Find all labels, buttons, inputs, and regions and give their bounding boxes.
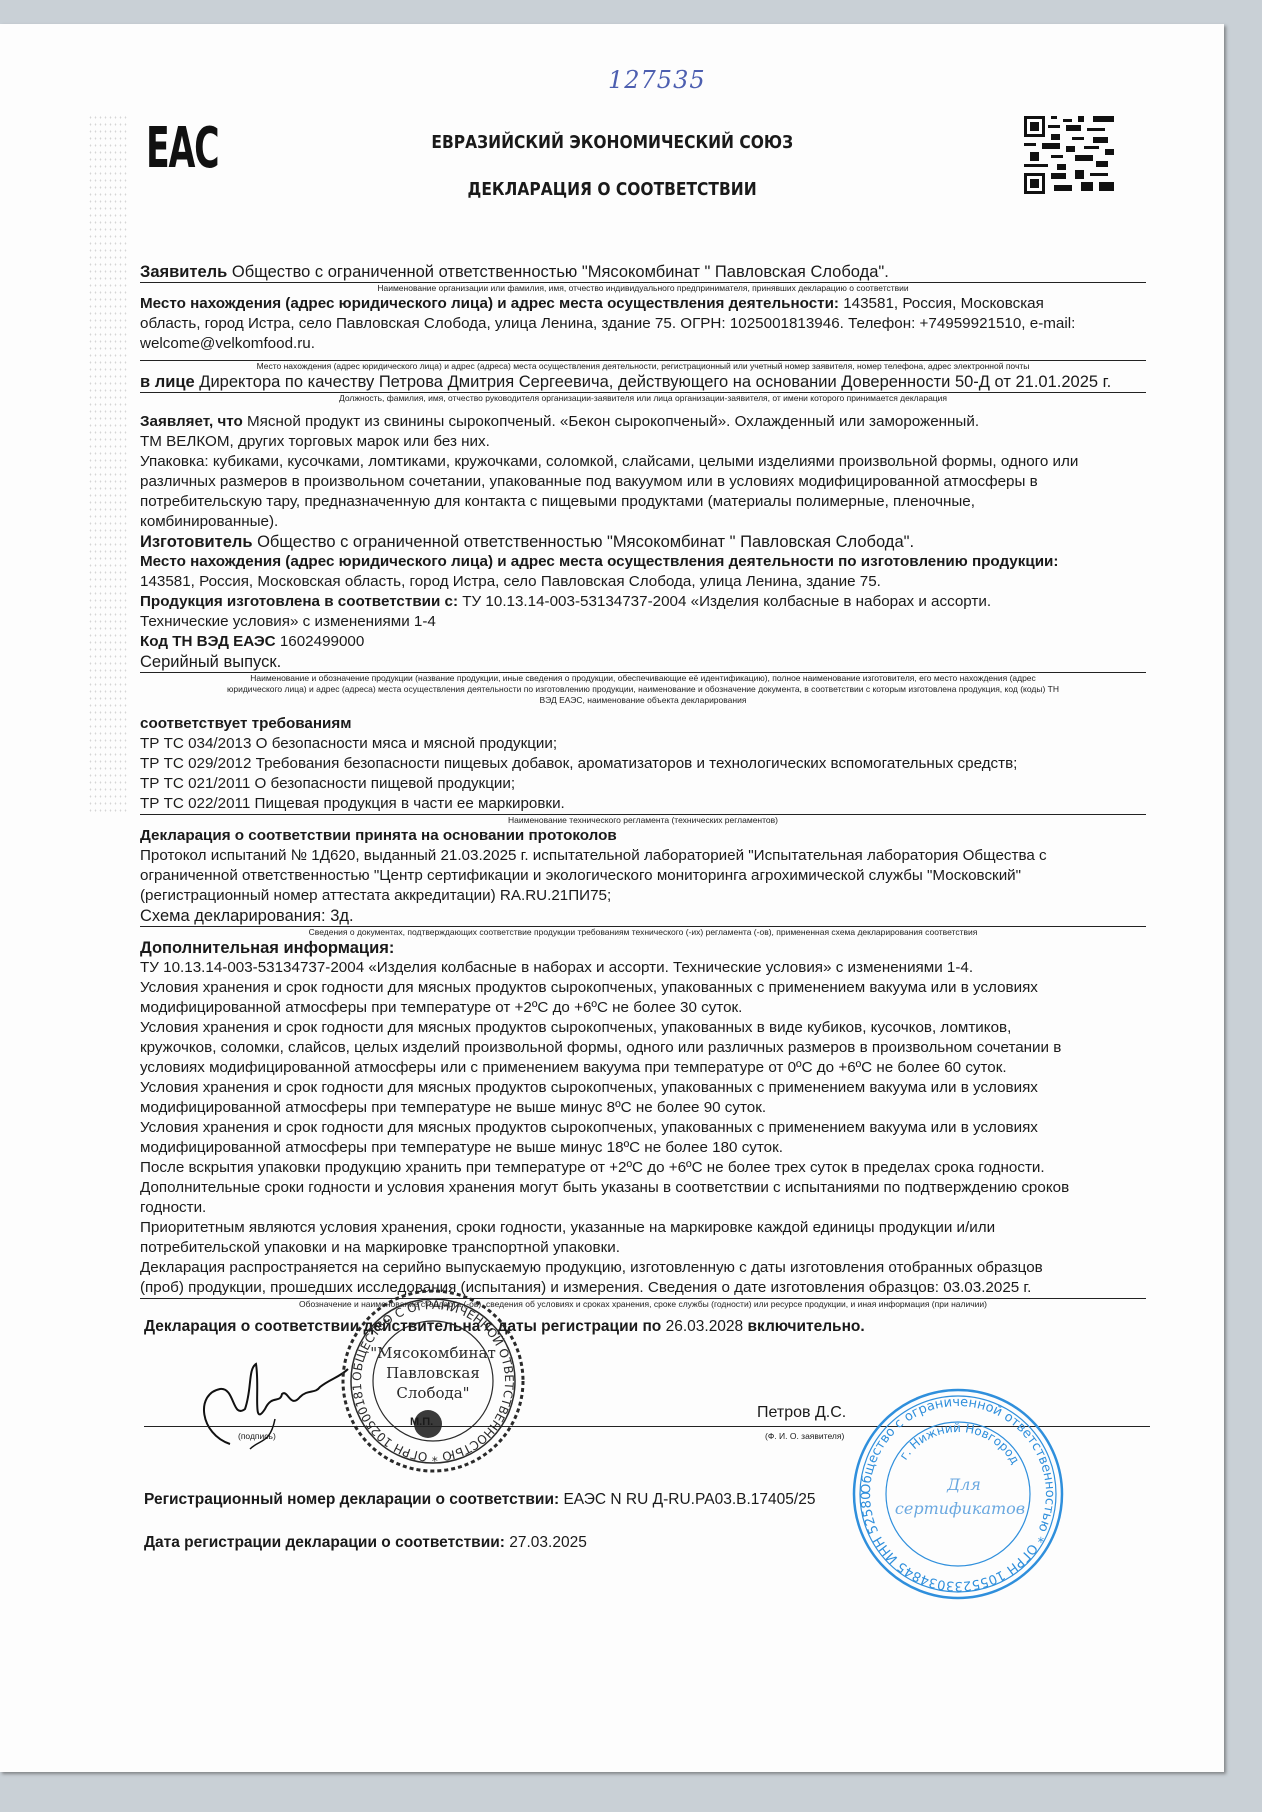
- declares-line-5: потребительскую тару, предназначенную дл…: [140, 492, 1146, 512]
- code-line: Код ТН ВЭД ЕАЭС 1602499000: [140, 632, 1146, 652]
- additional-line: Условия хранения и срок годности для мяс…: [140, 978, 1146, 998]
- code-label: Код ТН ВЭД ЕАЭС: [140, 633, 276, 650]
- additional-line: модифицированной атмосферы при температу…: [140, 998, 1146, 1018]
- additional-line: Условия хранения и срок годности для мяс…: [140, 1118, 1146, 1138]
- signatory-caption: (Ф. И. О. заявителя): [765, 1431, 844, 1441]
- requirement-item: ТР ТС 029/2012 Требования безопасности п…: [140, 754, 1146, 774]
- manufacturer-line: Изготовитель Общество с ограниченной отв…: [140, 532, 1146, 552]
- applicant-caption: Наименование организации или фамилия, им…: [140, 283, 1146, 294]
- requirements-caption: Наименование технического регламента (те…: [140, 815, 1146, 826]
- additional-line: Условия хранения и срок годности для мяс…: [140, 1018, 1146, 1038]
- protocols-line-3: (регистрационный номер аттестата аккреди…: [140, 886, 1146, 906]
- manufacturer-value: Общество с ограниченной ответственностью…: [257, 533, 914, 551]
- additional-line: Условия хранения и срок годности для мяс…: [140, 1078, 1146, 1098]
- additional-line: модифицированной атмосферы при температу…: [140, 1138, 1146, 1158]
- manufacturer-caption-3: ВЭД ЕАЭС, наименование объекта деклариро…: [140, 695, 1146, 706]
- declares-line-3: Упаковка: кубиками, кусочками, ломтиками…: [140, 452, 1146, 472]
- additional-line: потребительской упаковки и на маркировке…: [140, 1238, 1146, 1258]
- scan-speckle: [88, 114, 128, 814]
- declaration-body: Заявитель Общество с ограниченной ответс…: [140, 262, 1146, 1310]
- scheme-line: Схема декларирования: 3д.: [140, 906, 1146, 927]
- declares-line-1: Заявляет, что Мясной продукт из свинины …: [140, 412, 1146, 432]
- additional-line: (проб) продукции, прошедших исследования…: [140, 1278, 1146, 1299]
- protocols-line-2: ограниченной ответственностью "Центр сер…: [140, 866, 1146, 886]
- representative-label: в лице: [140, 373, 195, 391]
- applicant-line: Заявитель Общество с ограниченной ответс…: [140, 262, 1146, 283]
- location-line-1: Место нахождения (адрес юридического лиц…: [140, 294, 1146, 314]
- svg-text:"Мясокомбинат: "Мясокомбинат: [370, 1344, 496, 1362]
- representative-caption: Должность, фамилия, имя, отчество руково…: [140, 393, 1146, 404]
- svg-text:Павловская: Павловская: [386, 1364, 480, 1382]
- registration-date-label: Дата регистрации декларации о соответств…: [144, 1534, 505, 1551]
- validity-date: 26.03.2028: [666, 1318, 744, 1335]
- location-line-3: welcome@velkomfood.ru.: [140, 334, 1146, 361]
- declares-value: Мясной продукт из свинины сырокопченый. …: [247, 413, 979, 430]
- manufacturer-caption-2: юридического лица) и адрес (адреса) мест…: [140, 684, 1146, 695]
- requirement-item: ТР ТС 022/2011 Пищевая продукция в части…: [140, 794, 1146, 815]
- additional-label: Дополнительная информация:: [140, 938, 1146, 958]
- code-value: 1602499000: [280, 633, 364, 650]
- additional-line: Приоритетным являются условия хранения, …: [140, 1218, 1146, 1238]
- additional-line: условиях модифицированной атмосферы или …: [140, 1058, 1146, 1078]
- protocols-label: Декларация о соответствии принята на осн…: [140, 826, 1146, 846]
- registration-date-value: 27.03.2025: [509, 1534, 587, 1551]
- certification-stamp-blue-icon: Общество с ограниченной ответственностью…: [848, 1384, 1068, 1604]
- document-page: 127535 EAC ЕВРАЗИЙСКИЙ ЭКОНОМИЧЕСКИЙ СОЮ…: [0, 24, 1224, 1772]
- svg-text:Слобода": Слобода": [396, 1384, 469, 1402]
- additional-line: Декларация распространяется на серийно в…: [140, 1258, 1146, 1278]
- protocols-line-1: Протокол испытаний № 1Д620, выданный 21.…: [140, 846, 1146, 866]
- registration-number-value: ЕАЭС N RU Д-RU.РА03.В.17405/25: [563, 1491, 815, 1508]
- signature-caption: (подпись): [238, 1431, 276, 1441]
- produced-value: ТУ 10.13.14-003-53134737-2004 «Изделия к…: [462, 593, 991, 610]
- declares-line-4: различных размеров в произвольном сочета…: [140, 472, 1146, 492]
- manufacturer-location-value: 143581, Россия, Московская область, горо…: [140, 572, 1146, 592]
- applicant-value: Общество с ограниченной ответственностью…: [232, 263, 889, 281]
- manufacturer-label: Изготовитель: [140, 533, 253, 551]
- declares-label: Заявляет, что: [140, 413, 243, 430]
- signature-scribble-icon: [190, 1349, 350, 1459]
- signatory-name: Петров Д.С.: [757, 1404, 846, 1422]
- location-line-2: область, город Истра, село Павловская Сл…: [140, 314, 1146, 334]
- produced-label: Продукция изготовлена в соответствии с:: [140, 593, 458, 610]
- additional-line: Дополнительные сроки годности и условия …: [140, 1178, 1146, 1198]
- produced-line-2: Технические условия» с изменениями 1-4: [140, 612, 1146, 632]
- declares-line-6: комбинированные).: [140, 512, 1146, 532]
- representative-line: в лице Директора по качеству Петрова Дми…: [140, 372, 1146, 393]
- svg-text:сертификатов: сертификатов: [895, 1499, 1025, 1518]
- additional-caption: Обозначение и наименование стандарта (-о…: [140, 1299, 1146, 1310]
- svg-text:Для: Для: [946, 1475, 981, 1494]
- svg-text:г. Нижний Новгород: г. Нижний Новгород: [897, 1421, 1023, 1467]
- location-value-1: 143581, Россия, Московская: [843, 295, 1044, 312]
- additional-line: модифицированной атмосферы при температу…: [140, 1098, 1146, 1118]
- protocols-caption: Сведения о документах, подтверждающих со…: [140, 927, 1146, 938]
- manufacturer-location-label: Место нахождения (адрес юридического лиц…: [140, 552, 1146, 572]
- additional-line: годности.: [140, 1198, 1146, 1218]
- registration-number-label: Регистрационный номер декларации о соотв…: [144, 1491, 559, 1508]
- qr-code-icon: [1024, 116, 1114, 194]
- registration-date-line: Дата регистрации декларации о соответств…: [144, 1534, 587, 1552]
- registration-number-line: Регистрационный номер декларации о соотв…: [144, 1491, 815, 1509]
- produced-line: Продукция изготовлена в соответствии с: …: [140, 592, 1146, 612]
- requirements-label: соответствует требованиям: [140, 714, 1146, 734]
- applicant-label: Заявитель: [140, 263, 227, 281]
- company-seal-black-icon: ОБЩЕСТВО С ОГРАНИЧЕННОЙ ОТВЕТСТВЕННОСТЬЮ…: [338, 1286, 528, 1476]
- additional-line: кружочков, соломки, слайсов, целых издел…: [140, 1038, 1146, 1058]
- additional-line: ТУ 10.13.14-003-53134737-2004 «Изделия к…: [140, 958, 1146, 978]
- serial-line: Серийный выпуск.: [140, 652, 1146, 673]
- requirement-item: ТР ТС 034/2013 О безопасности мяса и мяс…: [140, 734, 1146, 754]
- location-label: Место нахождения (адрес юридического лиц…: [140, 295, 839, 312]
- requirement-item: ТР ТС 021/2011 О безопасности пищевой пр…: [140, 774, 1146, 794]
- location-caption: Место нахождения (адрес юридического лиц…: [140, 361, 1146, 372]
- additional-line: После вскрытия упаковки продукцию хранит…: [140, 1158, 1146, 1178]
- declares-line-2: ТМ ВЕЛКОМ, других торговых марок или без…: [140, 432, 1146, 452]
- representative-value: Директора по качеству Петрова Дмитрия Се…: [199, 373, 1111, 391]
- handwritten-number: 127535: [608, 66, 706, 94]
- validity-suffix: включительно.: [747, 1318, 864, 1335]
- manufacturer-caption-1: Наименование и обозначение продукции (на…: [140, 673, 1146, 684]
